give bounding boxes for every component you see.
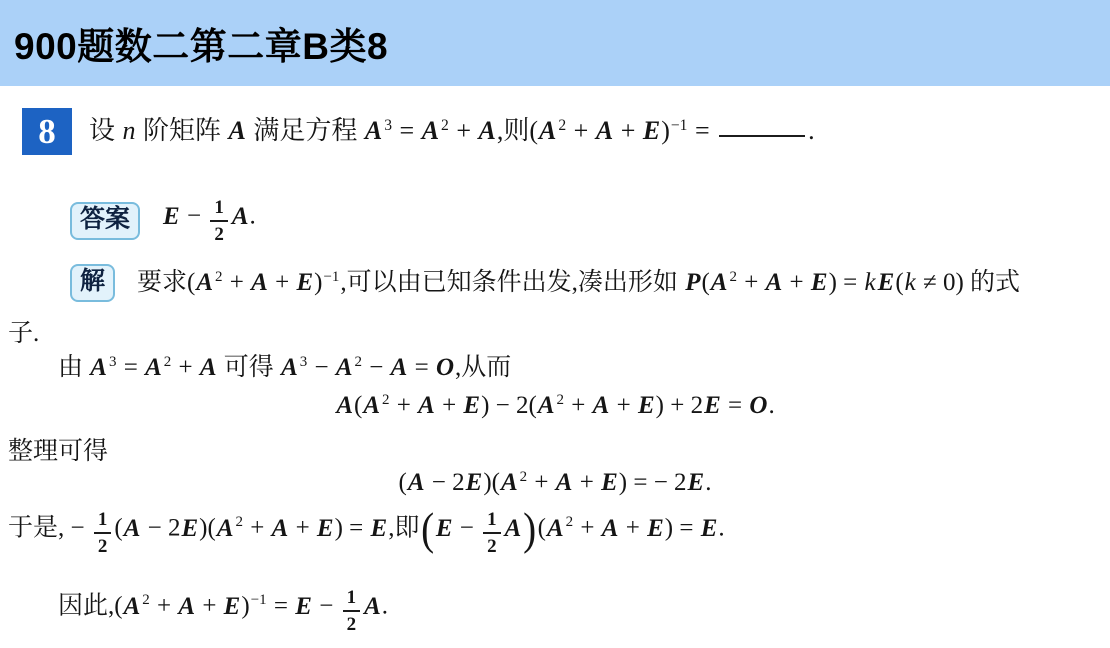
matrix-symbol: A bbox=[335, 354, 354, 381]
matrix-symbol: E bbox=[223, 593, 242, 620]
matrix-symbol: E bbox=[700, 515, 719, 542]
matrix-symbol: A bbox=[592, 392, 611, 419]
matrix-symbol: E bbox=[370, 515, 389, 542]
fraction-denominator: 2 bbox=[343, 612, 361, 634]
answer-blank bbox=[719, 131, 805, 137]
matrix-symbol: E bbox=[637, 392, 656, 419]
matrix-symbol: A bbox=[555, 469, 574, 496]
problem-number-badge: 8 bbox=[22, 108, 72, 155]
matrix-symbol: E bbox=[687, 469, 706, 496]
superscript: −1 bbox=[250, 592, 268, 608]
superscript: 2 bbox=[214, 269, 224, 285]
solution-badge: 解 bbox=[70, 264, 115, 302]
solution-text-first: 要求(A2 + A + E)−1,可以由已知条件出发,凑出形如 P(A2 + A… bbox=[137, 267, 1020, 298]
matrix-symbol: A bbox=[421, 116, 440, 145]
matrix-symbol: E bbox=[294, 593, 313, 620]
matrix-symbol: A bbox=[478, 116, 497, 145]
equation-2: (A − 2E)(A2 + A + E) = − 2E. bbox=[0, 467, 1110, 498]
matrix-symbol: A bbox=[231, 203, 250, 230]
matrix-symbol: A bbox=[271, 515, 290, 542]
fraction-numerator: 1 bbox=[483, 510, 501, 534]
matrix-symbol: E bbox=[703, 392, 722, 419]
superscript: 2 bbox=[163, 354, 173, 370]
scalar-symbol: k bbox=[904, 269, 917, 296]
title-bar: 900题数二第二章B类8 bbox=[0, 0, 1110, 86]
solution-wrap-line: 子. bbox=[8, 318, 39, 349]
matrix-symbol: O bbox=[748, 392, 768, 419]
matrix-symbol: A bbox=[228, 116, 247, 145]
document-page: 900题数二第二章B类8 8 设 n 阶矩阵 A 满足方程 A3 = A2 + … bbox=[0, 0, 1110, 648]
superscript: 2 bbox=[354, 354, 364, 370]
solution-thus-line: 于是, − 12(A − 2E)(A2 + A + E) = E,即(E − 1… bbox=[8, 510, 725, 556]
problem-text: 设 n 阶矩阵 A 满足方程 A3 = A2 + A,则(A2 + A + E)… bbox=[89, 115, 815, 148]
superscript: 2 bbox=[565, 514, 575, 530]
problem-statement: 8 设 n 阶矩阵 A 满足方程 A3 = A2 + A,则(A2 + A + … bbox=[22, 108, 815, 155]
superscript: 2 bbox=[141, 592, 151, 608]
superscript: 3 bbox=[383, 117, 393, 134]
matrix-symbol: A bbox=[504, 515, 523, 542]
matrix-symbol: A bbox=[500, 469, 519, 496]
matrix-symbol: E bbox=[646, 515, 665, 542]
matrix-symbol: E bbox=[600, 469, 619, 496]
fraction-denominator: 2 bbox=[483, 534, 501, 556]
superscript: −1 bbox=[670, 117, 689, 134]
superscript: 2 bbox=[235, 514, 245, 530]
matrix-symbol: A bbox=[364, 116, 383, 145]
matrix-symbol: A bbox=[363, 593, 382, 620]
fraction-denominator: 2 bbox=[210, 222, 228, 244]
fraction: 12 bbox=[94, 510, 112, 556]
matrix-symbol: A bbox=[546, 515, 565, 542]
superscript: −1 bbox=[322, 269, 340, 285]
matrix-symbol: A bbox=[89, 354, 108, 381]
superscript: 3 bbox=[108, 354, 118, 370]
matrix-symbol: A bbox=[123, 593, 142, 620]
matrix-symbol: A bbox=[765, 269, 784, 296]
matrix-symbol: A bbox=[362, 392, 381, 419]
fraction-numerator: 1 bbox=[210, 198, 228, 222]
matrix-symbol: A bbox=[407, 469, 426, 496]
superscript: 2 bbox=[381, 392, 391, 408]
scalar-symbol: n bbox=[122, 116, 137, 145]
matrix-symbol: O bbox=[435, 354, 455, 381]
matrix-symbol: E bbox=[465, 469, 484, 496]
matrix-symbol: A bbox=[250, 269, 269, 296]
fraction: 12 bbox=[483, 510, 501, 556]
superscript: 2 bbox=[556, 392, 566, 408]
matrix-symbol: A bbox=[537, 392, 556, 419]
solution-first-line: 解 要求(A2 + A + E)−1,可以由已知条件出发,凑出形如 P(A2 +… bbox=[70, 264, 1020, 302]
matrix-symbol: E bbox=[162, 203, 181, 230]
fraction: 12 bbox=[210, 198, 228, 244]
answer-row: 答案 E − 12A. bbox=[70, 198, 256, 244]
solution-simplify-line: 整理可得 bbox=[8, 436, 108, 467]
superscript: 3 bbox=[299, 354, 309, 370]
matrix-symbol: E bbox=[462, 392, 481, 419]
matrix-symbol: A bbox=[710, 269, 729, 296]
fraction-denominator: 2 bbox=[94, 534, 112, 556]
fraction-numerator: 1 bbox=[94, 510, 112, 534]
matrix-symbol: A bbox=[601, 515, 620, 542]
answer-badge: 答案 bbox=[70, 202, 140, 240]
matrix-symbol: E bbox=[877, 269, 896, 296]
page-title: 900题数二第二章B类8 bbox=[14, 16, 388, 70]
matrix-symbol: A bbox=[216, 515, 235, 542]
matrix-symbol: A bbox=[199, 354, 218, 381]
matrix-symbol: E bbox=[642, 116, 661, 145]
matrix-symbol: A bbox=[195, 269, 214, 296]
matrix-symbol: A bbox=[390, 354, 409, 381]
scalar-symbol: k bbox=[864, 269, 877, 296]
matrix-symbol: E bbox=[810, 269, 829, 296]
equation-1: A(A2 + A + E) − 2(A2 + A + E) + 2E = O. bbox=[0, 390, 1110, 421]
matrix-symbol: A bbox=[335, 392, 354, 419]
superscript: 2 bbox=[519, 469, 529, 485]
fraction-numerator: 1 bbox=[343, 588, 361, 612]
matrix-symbol: P bbox=[684, 269, 701, 296]
matrix-symbol: A bbox=[417, 392, 436, 419]
matrix-symbol: A bbox=[538, 116, 557, 145]
superscript: 2 bbox=[728, 269, 738, 285]
matrix-symbol: A bbox=[280, 354, 299, 381]
matrix-symbol: E bbox=[180, 515, 199, 542]
matrix-symbol: A bbox=[595, 116, 614, 145]
superscript: 2 bbox=[557, 117, 567, 134]
solution-given-line: 由 A3 = A2 + A 可得 A3 − A2 − A = O,从而 bbox=[58, 352, 511, 383]
solution-therefore-line: 因此,(A2 + A + E)−1 = E − 12A. bbox=[58, 588, 388, 634]
superscript: 2 bbox=[440, 117, 450, 134]
matrix-symbol: E bbox=[435, 515, 454, 542]
matrix-symbol: A bbox=[144, 354, 163, 381]
answer-formula: E − 12A. bbox=[162, 198, 256, 244]
matrix-symbol: A bbox=[123, 515, 142, 542]
matrix-symbol: A bbox=[177, 593, 196, 620]
matrix-symbol: E bbox=[295, 269, 314, 296]
fraction: 12 bbox=[343, 588, 361, 634]
matrix-symbol: E bbox=[316, 515, 335, 542]
